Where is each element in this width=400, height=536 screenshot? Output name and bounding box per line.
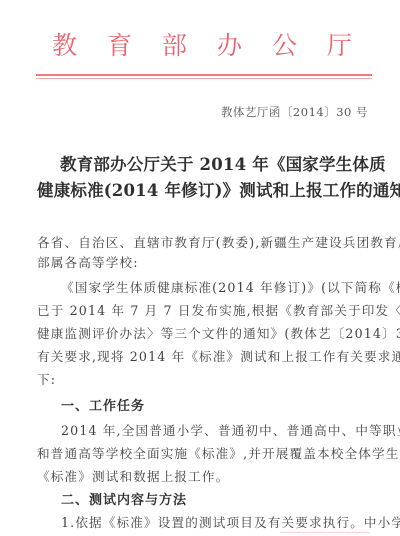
intro-line: 下: xyxy=(37,369,367,388)
document-number: 教体艺厅函〔2014〕30 号 xyxy=(221,104,368,120)
intro-line: 《国家学生体质健康标准(2014 年修订)》(以下简称《标准》) xyxy=(61,277,367,296)
section-heading-work-tasks: 一、工作任务 xyxy=(61,395,145,414)
scan-artifact-line xyxy=(280,532,370,533)
salutation-line: 部属各高等学校: xyxy=(37,252,367,271)
header-char: 公 xyxy=(272,26,297,62)
section1-line: 《标准》测试和数据上报工作。 xyxy=(37,466,367,485)
intro-line: 有关要求,现将 2014 年《标准》测试和上报工作有关要求通知如 xyxy=(37,346,367,365)
section2-line: 1.依据《标准》设置的测试项目及有关要求执行。中小学生身 xyxy=(61,512,367,531)
header-char: 部 xyxy=(162,26,187,62)
header-char: 育 xyxy=(107,26,132,62)
header-char: 教 xyxy=(52,26,77,62)
header-char: 办 xyxy=(217,26,242,62)
section1-line: 2014 年,全国普通小学、普通初中、普通高中、中等职业学校 xyxy=(61,420,367,439)
header-rule-thin xyxy=(36,78,372,79)
section1-line: 和普通高等学校全面实施《标准》,并开展覆盖本校全体学生的 xyxy=(37,443,367,462)
header-char: 厅 xyxy=(327,26,352,62)
document-title-line-1: 教育部办公厅关于 2014 年《国家学生体质 xyxy=(60,151,386,175)
document-title-line-2: 健康标准(2014 年修订)》测试和上报工作的通知 xyxy=(37,177,400,201)
salutation-line: 各省、自治区、直辖市教育厅(教委),新疆生产建设兵团教育局, xyxy=(37,232,367,251)
header-rule-thick xyxy=(36,74,372,76)
intro-line: 已于 2014 年 7 月 7 日发布实施,根据《教育部关于印发〈学生体质 xyxy=(37,300,367,319)
section-heading-test-content: 二、测试内容与方法 xyxy=(61,489,187,508)
issuing-office-header: 教 育 部 办 公 厅 xyxy=(52,26,352,62)
intro-line: 健康监测评价办法〉等三个文件的通知》(教体艺〔2014〕3 号)的 xyxy=(37,323,367,342)
